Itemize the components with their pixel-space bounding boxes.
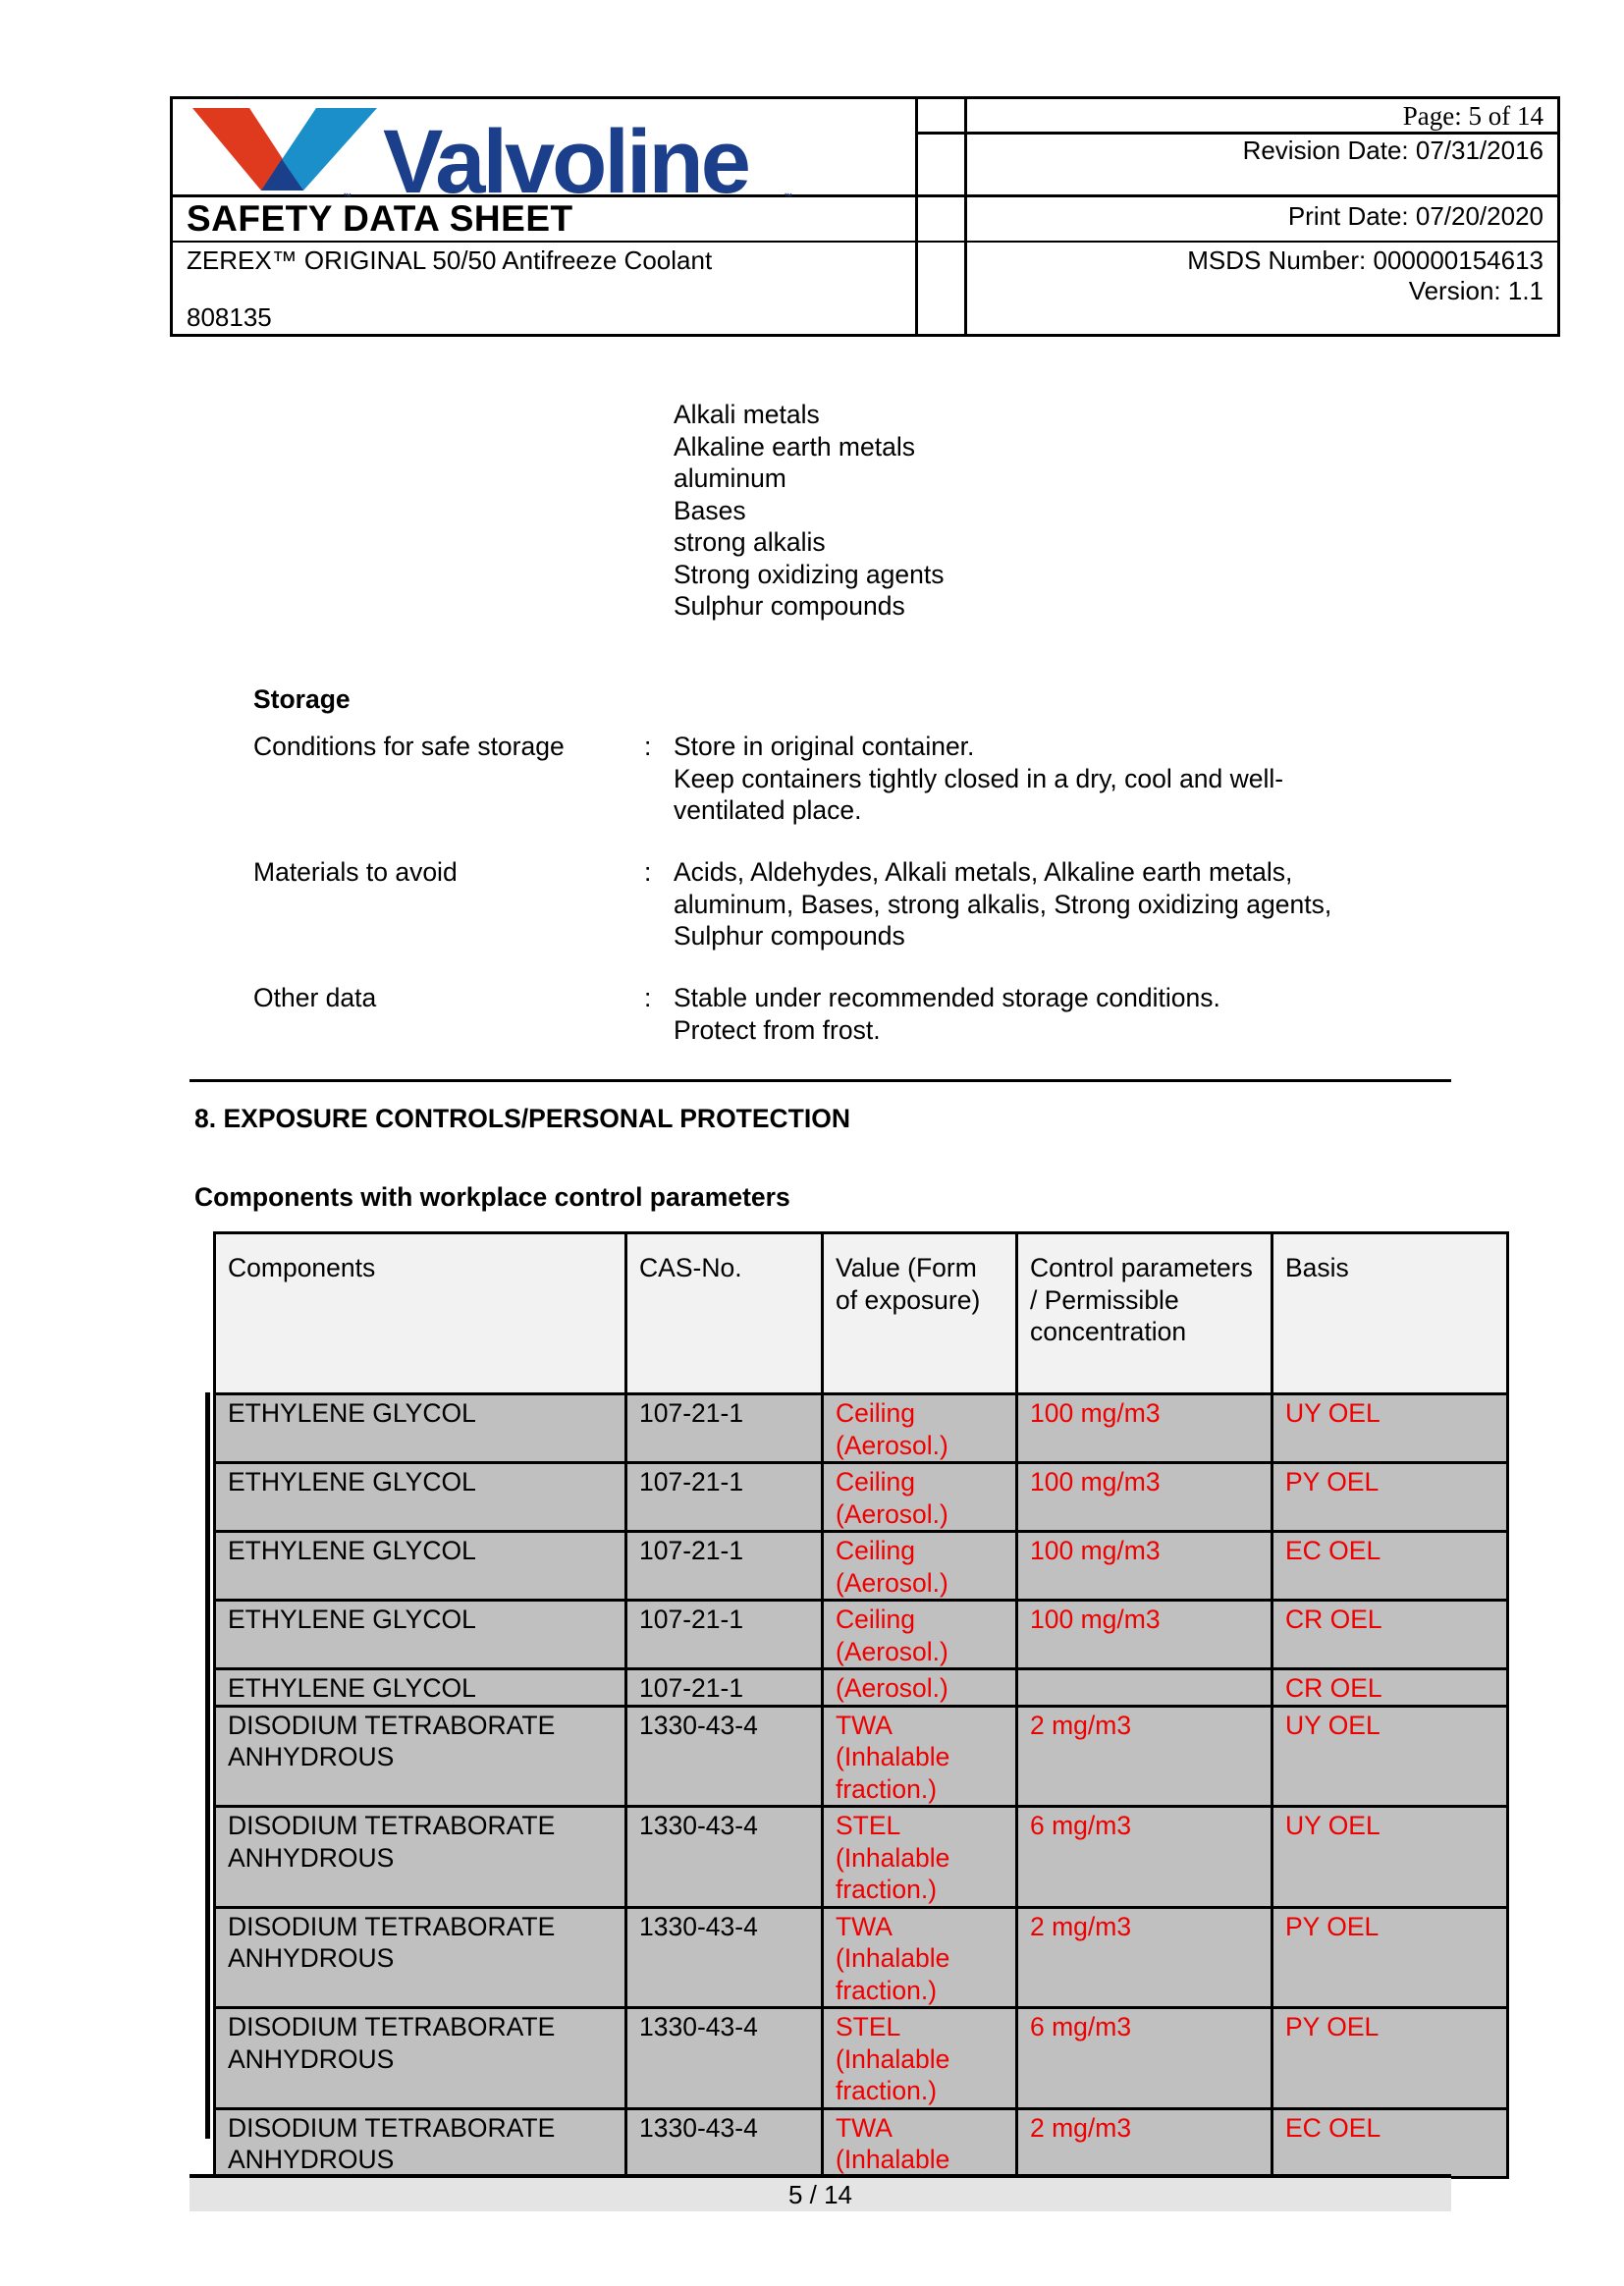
cell-cas: 107-21-1: [626, 1394, 823, 1463]
storage-value: Store in original container.Keep contain…: [674, 731, 1283, 827]
list-item: Alkaline earth metals: [674, 431, 944, 463]
table-row: DISODIUM TETRABORATE ANHYDROUS1330-43-4S…: [215, 1807, 1508, 1908]
cell-cas: 107-21-1: [626, 1669, 823, 1707]
table-row: ETHYLENE GLYCOL107-21-1Ceiling (Aerosol.…: [215, 1463, 1508, 1532]
cell-control: [1017, 1669, 1272, 1707]
table-header-row: Components CAS-No. Value (Form of exposu…: [215, 1233, 1508, 1394]
print-date: Print Date: 07/20/2020: [1288, 200, 1543, 232]
storage-label: Conditions for safe storage: [253, 731, 565, 763]
list-item: strong alkalis: [674, 526, 944, 559]
storage-value: Stable under recommended storage conditi…: [674, 982, 1220, 1046]
cell-value: Ceiling (Aerosol.): [823, 1463, 1017, 1532]
components-subheading: Components with workplace control parame…: [194, 1181, 790, 1214]
revision-date: Revision Date: 07/31/2016: [1243, 135, 1543, 166]
table-row: DISODIUM TETRABORATE ANHYDROUS1330-43-4T…: [215, 1907, 1508, 2008]
col-cas: CAS-No.: [626, 1233, 823, 1394]
cell-component: ETHYLENE GLYCOL: [215, 1669, 626, 1707]
table-row: DISODIUM TETRABORATE ANHYDROUS1330-43-4T…: [215, 2108, 1508, 2177]
change-bar: [205, 1392, 210, 2139]
col-value: Value (Form of exposure): [823, 1233, 1017, 1394]
cell-value: TWA (Inhalable fraction.): [823, 1706, 1017, 1807]
cell-value: Ceiling (Aerosol.): [823, 1601, 1017, 1669]
table-row: DISODIUM TETRABORATE ANHYDROUS1330-43-4T…: [215, 1706, 1508, 1807]
section-divider: [189, 1079, 1451, 1082]
cell-value: TWA (Inhalable fraction.): [823, 1907, 1017, 2008]
label-separator: :: [644, 731, 651, 763]
product-name: ZEREX™ ORIGINAL 50/50 Antifreeze Coolant: [187, 245, 712, 276]
list-item: Strong oxidizing agents: [674, 559, 944, 591]
cell-basis: PY OEL: [1272, 1463, 1508, 1532]
section-8-heading: 8. EXPOSURE CONTROLS/PERSONAL PROTECTION: [194, 1103, 850, 1135]
cell-component: DISODIUM TETRABORATE ANHYDROUS: [215, 2108, 626, 2177]
table-row: ETHYLENE GLYCOL107-21-1Ceiling (Aerosol.…: [215, 1532, 1508, 1601]
table-row: ETHYLENE GLYCOL107-21-1Ceiling (Aerosol.…: [215, 1394, 1508, 1463]
cell-basis: UY OEL: [1272, 1706, 1508, 1807]
cell-cas: 107-21-1: [626, 1532, 823, 1601]
cell-control: 2 mg/m3: [1017, 1706, 1272, 1807]
cell-control: 100 mg/m3: [1017, 1463, 1272, 1532]
msds-number: MSDS Number: 000000154613: [1187, 245, 1543, 276]
version: Version: 1.1: [1409, 275, 1543, 306]
svg-text:™: ™: [784, 191, 792, 197]
document-title: SAFETY DATA SHEET: [187, 197, 573, 241]
cell-component: DISODIUM TETRABORATE ANHYDROUS: [215, 1706, 626, 1807]
cell-cas: 1330-43-4: [626, 1706, 823, 1807]
cell-cas: 1330-43-4: [626, 2108, 823, 2177]
list-item: Alkali metals: [674, 399, 944, 431]
cell-cas: 1330-43-4: [626, 1807, 823, 1908]
col-components: Components: [215, 1233, 626, 1394]
page-indicator: Page: 5 of 14: [1403, 100, 1543, 132]
cell-basis: PY OEL: [1272, 2008, 1508, 2109]
cell-value: STEL (Inhalable fraction.): [823, 1807, 1017, 1908]
cell-component: ETHYLENE GLYCOL: [215, 1394, 626, 1463]
cell-control: 100 mg/m3: [1017, 1394, 1272, 1463]
cell-cas: 107-21-1: [626, 1601, 823, 1669]
cell-component: DISODIUM TETRABORATE ANHYDROUS: [215, 2008, 626, 2109]
cell-cas: 107-21-1: [626, 1463, 823, 1532]
valvoline-logo: Valvoline ™ ™: [190, 104, 839, 197]
cell-control: 2 mg/m3: [1017, 1907, 1272, 2008]
cell-component: DISODIUM TETRABORATE ANHYDROUS: [215, 1807, 626, 1908]
storage-heading: Storage: [253, 683, 351, 716]
cell-component: DISODIUM TETRABORATE ANHYDROUS: [215, 1907, 626, 2008]
cell-value: STEL (Inhalable fraction.): [823, 2008, 1017, 2109]
storage-label: Materials to avoid: [253, 856, 458, 889]
cell-control: 2 mg/m3: [1017, 2108, 1272, 2177]
cell-cas: 1330-43-4: [626, 2008, 823, 2109]
list-item: Sulphur compounds: [674, 590, 944, 623]
cell-value: TWA (Inhalable: [823, 2108, 1017, 2177]
storage-value: Acids, Aldehydes, Alkali metals, Alkalin…: [674, 856, 1331, 952]
exposure-limits-table: Components CAS-No. Value (Form of exposu…: [213, 1231, 1509, 2179]
cell-cas: 1330-43-4: [626, 1907, 823, 2008]
cell-basis: UY OEL: [1272, 1394, 1508, 1463]
storage-label: Other data: [253, 982, 376, 1014]
cell-basis: PY OEL: [1272, 1907, 1508, 2008]
cell-value: (Aerosol.): [823, 1669, 1017, 1707]
brand-wordmark: Valvoline: [383, 112, 749, 197]
cell-basis: CR OEL: [1272, 1601, 1508, 1669]
cell-control: 100 mg/m3: [1017, 1601, 1272, 1669]
cell-basis: EC OEL: [1272, 2108, 1508, 2177]
col-control: Control parameters / Permissible concent…: [1017, 1233, 1272, 1394]
table-row: ETHYLENE GLYCOL107-21-1 (Aerosol.)CR OEL: [215, 1669, 1508, 1707]
cell-control: 6 mg/m3: [1017, 2008, 1272, 2109]
cell-value: Ceiling (Aerosol.): [823, 1394, 1017, 1463]
col-basis: Basis: [1272, 1233, 1508, 1394]
label-separator: :: [644, 982, 651, 1014]
cell-basis: UY OEL: [1272, 1807, 1508, 1908]
cell-component: ETHYLENE GLYCOL: [215, 1532, 626, 1601]
incompatible-materials-list: Alkali metalsAlkaline earth metalsalumin…: [674, 399, 944, 623]
cell-basis: EC OEL: [1272, 1532, 1508, 1601]
table-row: ETHYLENE GLYCOL107-21-1Ceiling (Aerosol.…: [215, 1601, 1508, 1669]
cell-basis: CR OEL: [1272, 1669, 1508, 1707]
cell-control: 100 mg/m3: [1017, 1532, 1272, 1601]
list-item: aluminum: [674, 463, 944, 495]
cell-control: 6 mg/m3: [1017, 1807, 1272, 1908]
cell-component: ETHYLENE GLYCOL: [215, 1463, 626, 1532]
list-item: Bases: [674, 495, 944, 527]
cell-value: Ceiling (Aerosol.): [823, 1532, 1017, 1601]
document-header: Valvoline ™ ™ SAFETY DATA SHEET ZEREX™ O…: [170, 96, 1560, 337]
label-separator: :: [644, 856, 651, 889]
cell-component: ETHYLENE GLYCOL: [215, 1601, 626, 1669]
footer-page-counter: 5 / 14: [189, 2178, 1451, 2211]
table-row: DISODIUM TETRABORATE ANHYDROUS1330-43-4S…: [215, 2008, 1508, 2109]
product-code: 808135: [187, 301, 272, 333]
